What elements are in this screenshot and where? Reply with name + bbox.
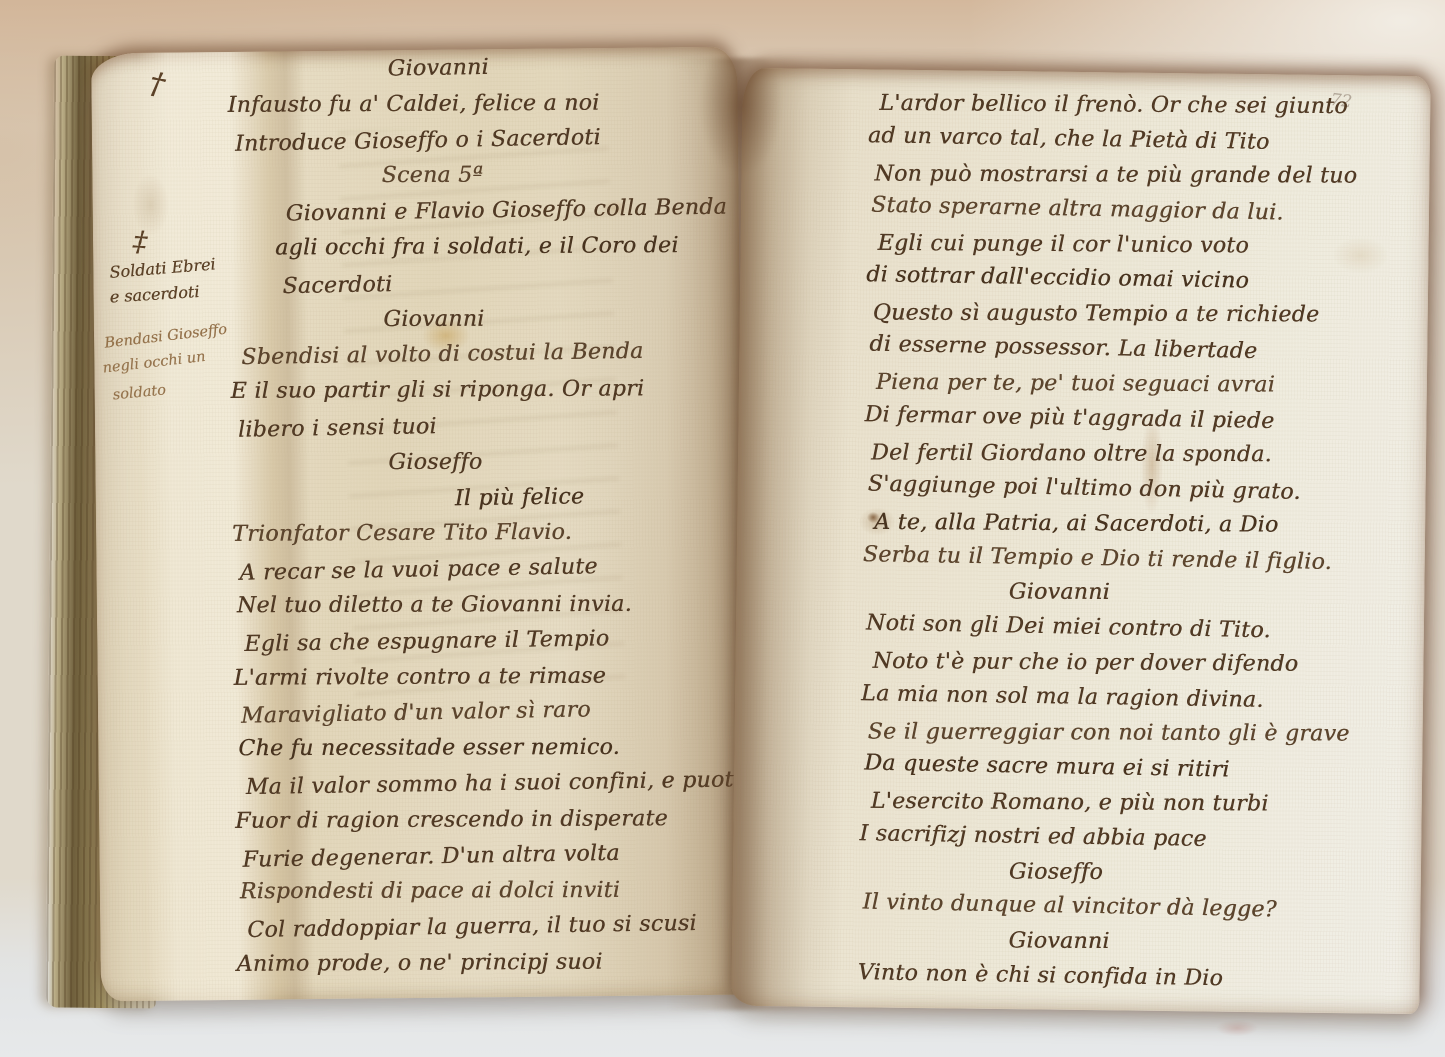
handwritten-line: Egli sa che espugnare il Tempio [244,624,731,667]
handwritten-line: Che fu necessitade esser nemico. [238,735,724,772]
handwritten-line: Del fertil Giordano oltre la sponda. [871,440,1401,477]
handwritten-line: L'ardor bellico il frenò. Or che sei giu… [879,91,1409,130]
handwritten-line: Ma il valor sommo ha i suoi confini, e p… [246,767,733,810]
handwritten-line: Di fermar ove più t'aggrada il piede [864,402,1395,446]
handwritten-line: L'esercito Romano, e più non turbi [871,789,1401,828]
left-page-text: GiovanniInfausto fu a' Caldei, felice a … [229,53,725,989]
handwritten-line: Sbendisi al volto di costui la Benda [241,338,728,381]
margin-notes: †‡Soldati Ebreie sacerdotiBendasi Giosef… [97,52,237,1001]
handwritten-line: Giovanni [234,306,634,343]
handwritten-line: Nel tuo diletto a te Giovanni invia. [237,591,723,628]
handwritten-line: Giovanni e Flavio Gioseffo colla Benda [286,195,727,238]
handwritten-line: di sottrar dall'eccidio omai vicino [866,263,1397,307]
handwritten-line: E il suo partir gli si riponga. Or apri [231,376,717,415]
margin-note: ‡ [132,225,148,259]
margin-note: soldato [112,382,167,403]
left-page: †‡Soldati Ebreie sacerdotiBendasi Giosef… [91,47,747,1002]
handwritten-line: ad un varco tal, che la Pietà di Tito [868,123,1399,167]
right-page-text: L'ardor bellico il frenò. Or che sei giu… [859,89,1400,1003]
handwritten-line: Giovanni [869,928,1249,966]
handwritten-line: Scena 5ª [232,163,632,200]
handwritten-line: Se il guerreggiar con noi tanto gli è gr… [868,719,1398,756]
handwritten-line: A recar se la vuoi pace e salute [239,552,726,597]
right-page: 72 L'ardor bellico il frenò. Or che sei … [731,68,1430,1014]
margin-note: Bendasi Gioseffo [104,322,228,352]
handwritten-line: I sacrifizj nostri ed abbia pace [859,821,1390,865]
margin-note: † [146,66,168,103]
handwritten-line: Gioseffo [235,449,635,486]
handwritten-line: Animo prode, o ne' principj suoi [237,949,723,988]
handwritten-line: Furie degenerar. D'un altra volta [242,838,729,883]
handwritten-line: Giovanni [238,53,639,95]
handwritten-line: libero i sensi tuoi [238,409,725,454]
handwritten-line: Rispondesti di pace ai dolci inviti [240,878,726,915]
handwritten-line: Non può mostrarsi a te più grande del tu… [874,161,1404,198]
handwritten-line: Il più felice [455,482,730,522]
handwritten-line: La mia non sol ma la ragion divina. [861,681,1392,725]
handwritten-line: Maravigliato d'un valor sì raro [241,695,728,740]
handwritten-line: Col raddoppiar la guerra, il tuo si scus… [247,911,734,954]
handwritten-line: Vinto non è chi si confida in Dio [857,960,1388,1004]
margin-note: e sacerdoti [109,282,200,307]
handwritten-line: Sacerdoti [282,266,723,310]
handwritten-line: Introduce Gioseffo o i Sacerdoti [235,122,722,167]
handwritten-line: Giovanni [869,579,1249,616]
margin-note: negli occhi un [102,349,206,377]
handwritten-line: Infausto fu a' Caldei, felice a noi [228,90,714,129]
handwritten-line: Gioseffo [866,858,1246,895]
handwritten-line: A te, alla Patria, ai Sacerdoti, a Dio [874,510,1404,549]
margin-note: Soldati Ebrei [109,254,216,281]
handwritten-line: agli occhi fra i soldati, e il Coro dei [275,233,715,271]
manuscript-photo: †‡Soldati Ebreie sacerdotiBendasi Giosef… [0,0,1445,1057]
handwritten-line: Fuor di ragion crescendo in disperate [235,806,721,845]
handwritten-line: Trionfator Cesare Tito Flavio. [232,519,718,558]
